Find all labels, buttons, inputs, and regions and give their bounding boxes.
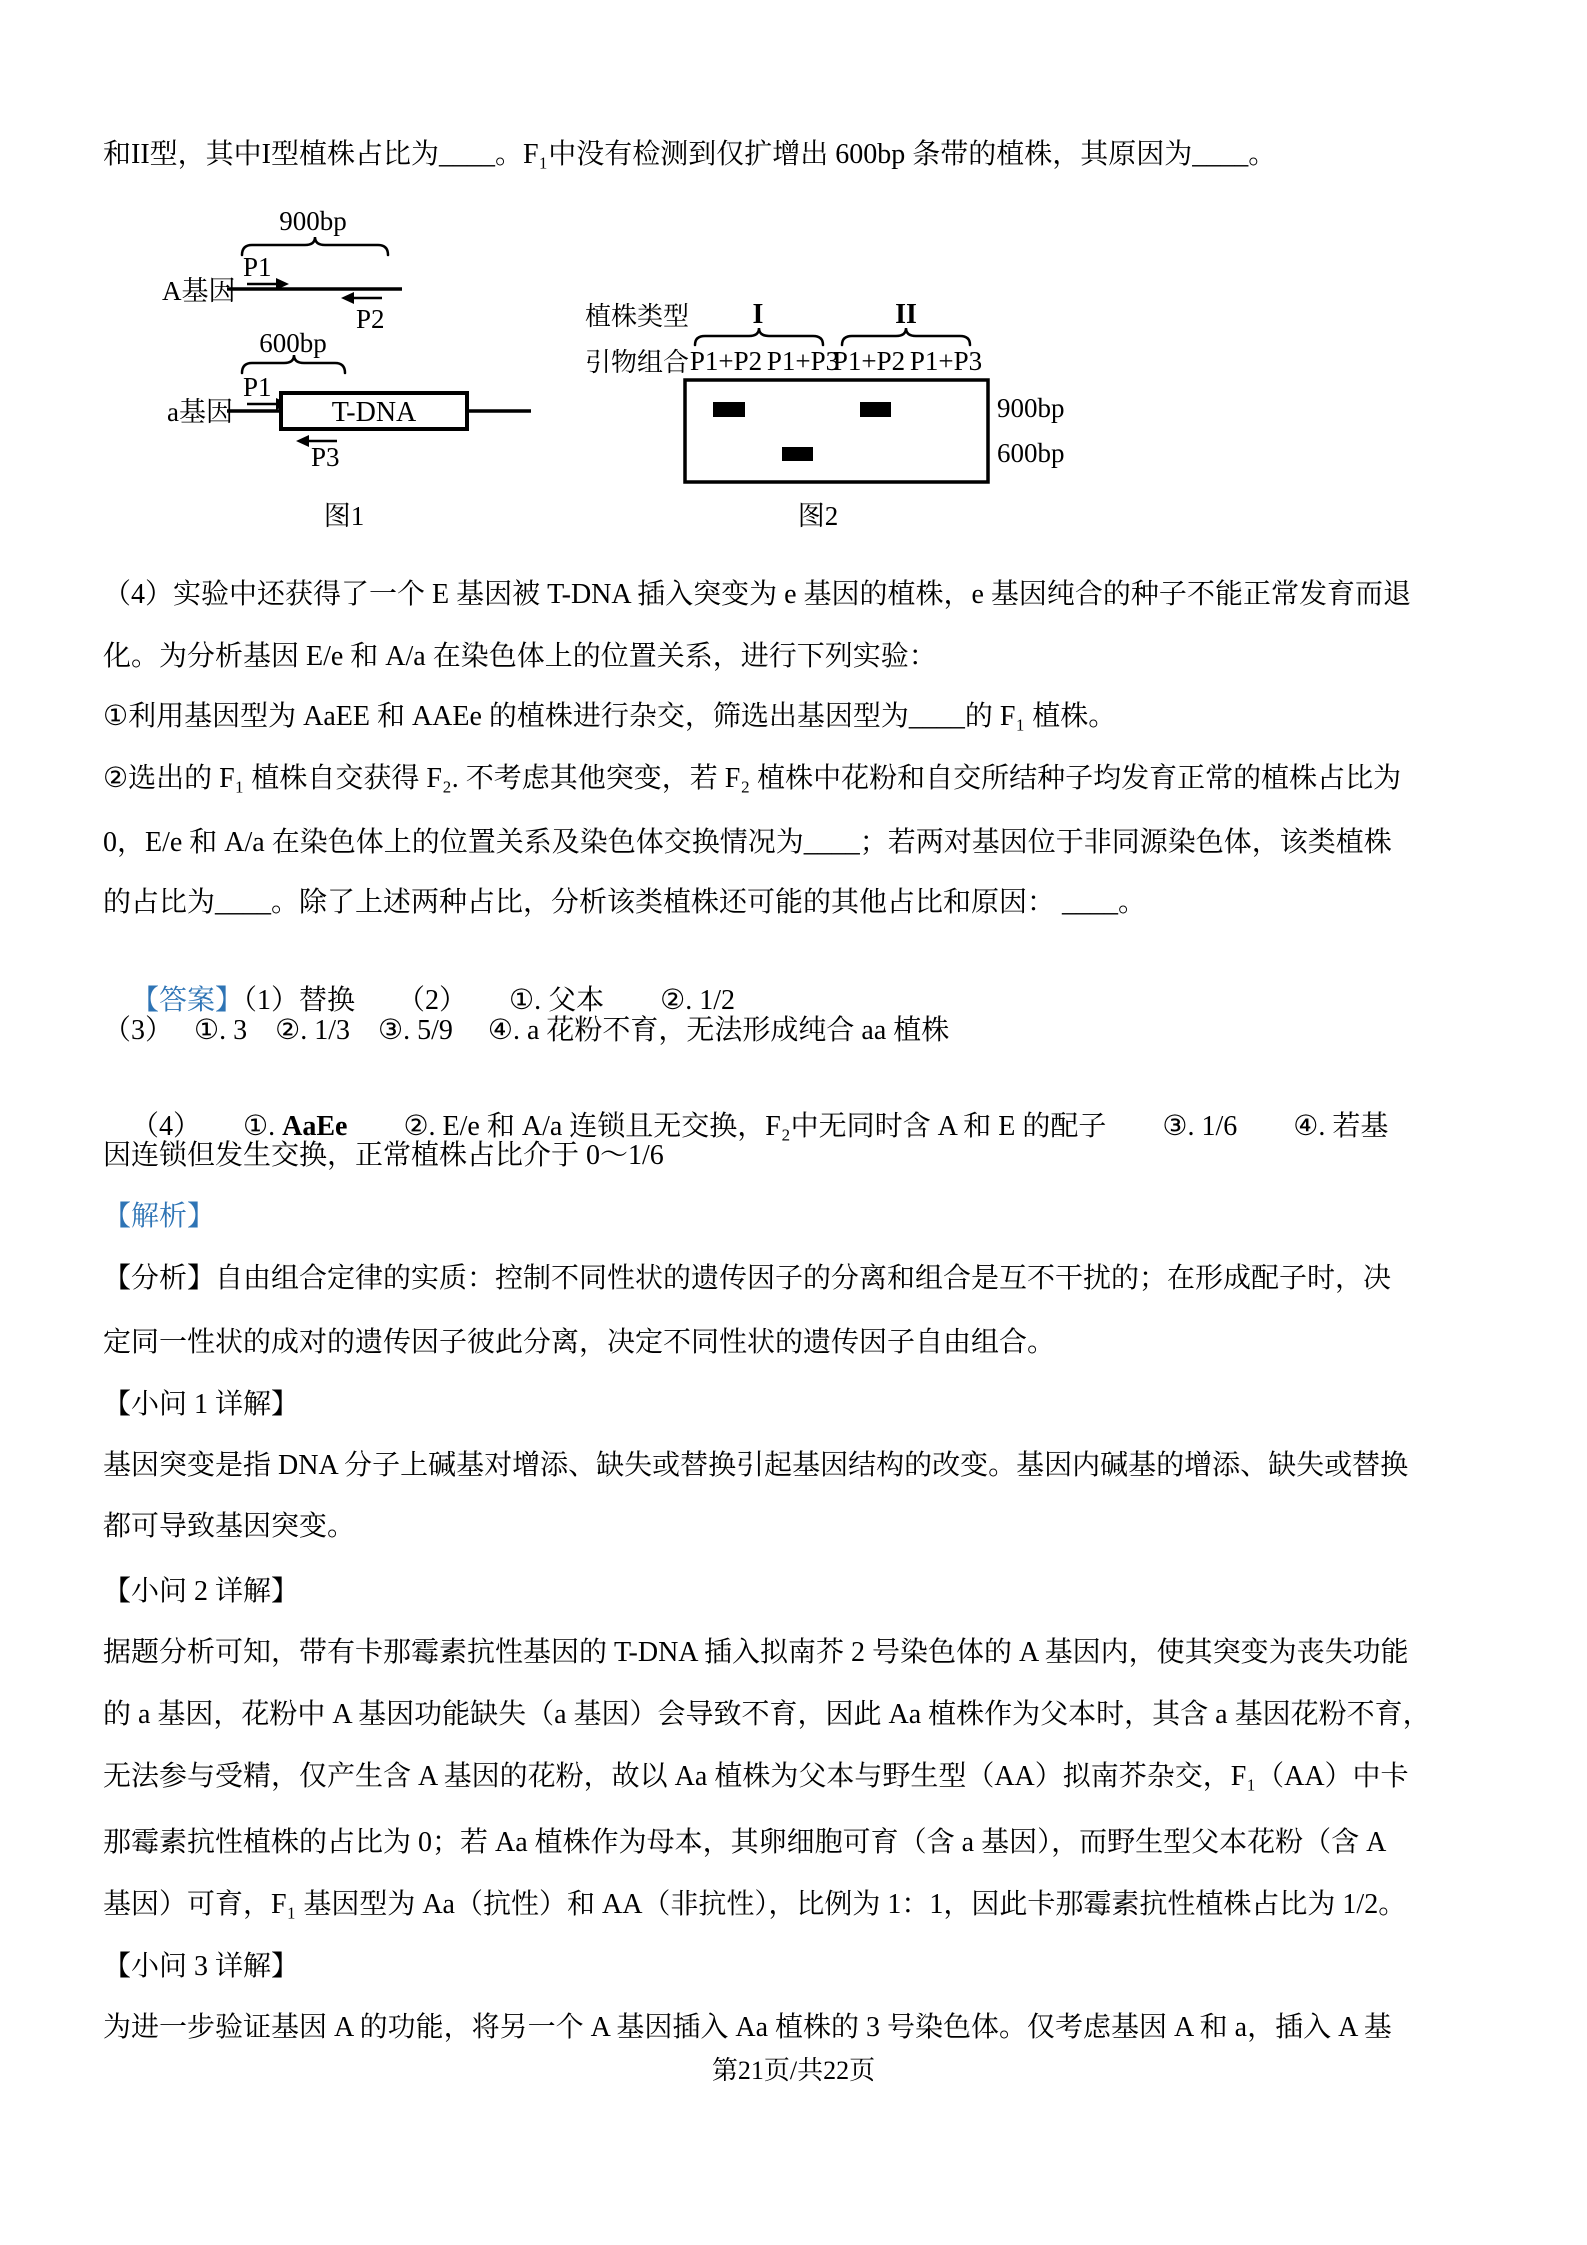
fig2-band-lane2-600bp [782, 447, 813, 461]
fig2-type-II-label: II [895, 299, 917, 330]
subquestion-1-line-2: 都可导致基因突变。 [103, 1510, 355, 1544]
subquestion-3-heading: 【小问 3 详解】 [103, 1950, 299, 1984]
subquestion-1-heading: 【小问 1 详解】 [103, 1388, 299, 1422]
analysis-line-2: 定同一性状的成对的遗传因子彼此分离，决定不同性状的遗传因子自由组合。 [103, 1326, 1055, 1360]
subquestion-2-heading: 【小问 2 详解】 [103, 1575, 299, 1609]
question-4-line-6: 的占比为____。除了上述两种占比，分析该类植株还可能的其他占比和原因： ___… [103, 886, 1146, 920]
answer-line-2: （3） ①. 3 ②. 1/3 ③. 5/9 ④. a 花粉不育，无法形成纯合 … [103, 1014, 949, 1048]
analysis-line-1: 【分析】自由组合定律的实质：控制不同性状的遗传因子的分离和组合是互不干扰的；在形… [103, 1262, 1391, 1296]
fig2-type-I-label: I [753, 299, 764, 330]
fig1-p2-label: P2 [356, 304, 385, 334]
subquestion-1-line-1: 基因突变是指 DNA 分子上碱基对增添、缺失或替换引起基因结构的改变。基因内碱基… [103, 1449, 1408, 1483]
figure1-gene-diagram: 900bp P1 A基因 P2 600bp P1 a基因 T-DNA P3 图1 [150, 140, 550, 540]
fig2-marker-900bp-label: 900bp [997, 393, 1065, 423]
question-4-line-2: 化。为分析基因 E/e 和 A/a 在染色体上的位置关系，进行下列实验： [103, 640, 937, 674]
answer-line-3-rest: ②. E/e 和 A/a 连锁且无交换，F₂中无同时含 A 和 E 的配子 ③.… [347, 1111, 1388, 1142]
answer-label: 【答案】 [131, 985, 243, 1016]
subquestion-2-line-3: 无法参与受精，仅产生含 A 基因的花粉，故以 Aa 植株为父本与野生型（AA）拟… [103, 1760, 1409, 1794]
question-4-line-3: ①利用基因型为 AaEE 和 AAEe 的植株进行杂交，筛选出基因型为____的… [103, 700, 1116, 734]
question-4-line-1: （4）实验中还获得了一个 E 基因被 T-DNA 插入突变为 e 基因的植株，e… [103, 578, 1411, 612]
fig1-geneA-label: A基因 [162, 276, 236, 306]
page-footer: 第21页/共22页 [0, 2050, 1587, 2087]
fig2-plant-type-label: 植株类型 [585, 302, 689, 331]
subquestion-2-line-2: 的 a 基因，花粉中 A 基因功能缺失（a 基因）会导致不育，因此 Aa 植株作… [103, 1698, 1431, 1732]
answer-line-1-text: （1）替换 （2） ①. 父本 ②. 1/2 [243, 985, 735, 1016]
figure2-gel-diagram: 植株类型 I II 引物组合 P1+P2 P1+P3 P1+P2 P1+P3 9… [580, 290, 1120, 540]
fig1-caption: 图1 [324, 501, 365, 531]
fig2-marker-600bp-label: 600bp [997, 438, 1065, 468]
fig1-p3-label: P3 [311, 442, 340, 472]
answer-genotype-AaEe: AaEe [282, 1111, 347, 1142]
document-page: 和II型，其中I型植株占比为____。F₁中没有检测到仅扩增出 600bp 条带… [0, 0, 1587, 2245]
fig1-p3-arrowhead-icon [296, 435, 309, 447]
analysis-label: 【解析】 [103, 1200, 215, 1234]
fig2-primer-combo-label: 引物组合 [585, 348, 689, 377]
fig2-brace-I [695, 328, 823, 345]
fig2-gel-box [685, 380, 988, 482]
fig1-900bp-label: 900bp [279, 206, 347, 236]
question-4-line-4: ②选出的 F₁ 植株自交获得 F₂. 不考虑其他突变，若 F₂ 植株中花粉和自交… [103, 762, 1401, 796]
fig2-lane2-label: P1+P3 [767, 346, 839, 376]
fig2-brace-II [842, 328, 970, 345]
fig2-lane4-label: P1+P3 [910, 346, 982, 376]
subquestion-2-line-1: 据题分析可知，带有卡那霉素抗性基因的 T-DNA 插入拟南芥 2 号染色体的 A… [103, 1636, 1409, 1670]
fig1-600bp-label: 600bp [259, 328, 327, 358]
answer-line-3-prefix: （4） ①. [131, 1111, 282, 1142]
fig1-genea-label: a基因 [167, 397, 233, 427]
fig1-bottom-brace [242, 355, 345, 373]
fig2-band-lane1-900bp [713, 402, 745, 417]
subquestion-2-line-4: 那霉素抗性植株的占比为 0；若 Aa 植株作为母本，其卵细胞可育（含 a 基因）… [103, 1826, 1386, 1860]
subquestion-3-line-1: 为进一步验证基因 A 的功能，将另一个 A 基因插入 Aa 植株的 3 号染色体… [103, 2011, 1392, 2045]
fig2-band-lane3-900bp [860, 402, 891, 417]
fig1-p2-arrowhead-icon [341, 292, 354, 304]
fig2-lane3-label: P1+P2 [833, 346, 905, 376]
subquestion-2-line-5: 基因）可育，F₁ 基因型为 Aa（抗性）和 AA（非抗性），比例为 1：1，因此… [103, 1888, 1406, 1922]
fig1-p1-top-label: P1 [243, 252, 272, 282]
fig2-lane1-label: P1+P2 [690, 346, 762, 376]
question-4-line-5: 0，E/e 和 A/a 在染色体上的位置关系及染色体交换情况为____；若两对基… [103, 826, 1392, 860]
fig1-tdna-label: T-DNA [332, 397, 417, 428]
fig2-caption: 图2 [798, 501, 839, 531]
fig1-p1-bottom-label: P1 [243, 372, 272, 402]
answer-line-4: 因连锁但发生交换，正常植株占比介于 0～1/6 [103, 1139, 664, 1173]
